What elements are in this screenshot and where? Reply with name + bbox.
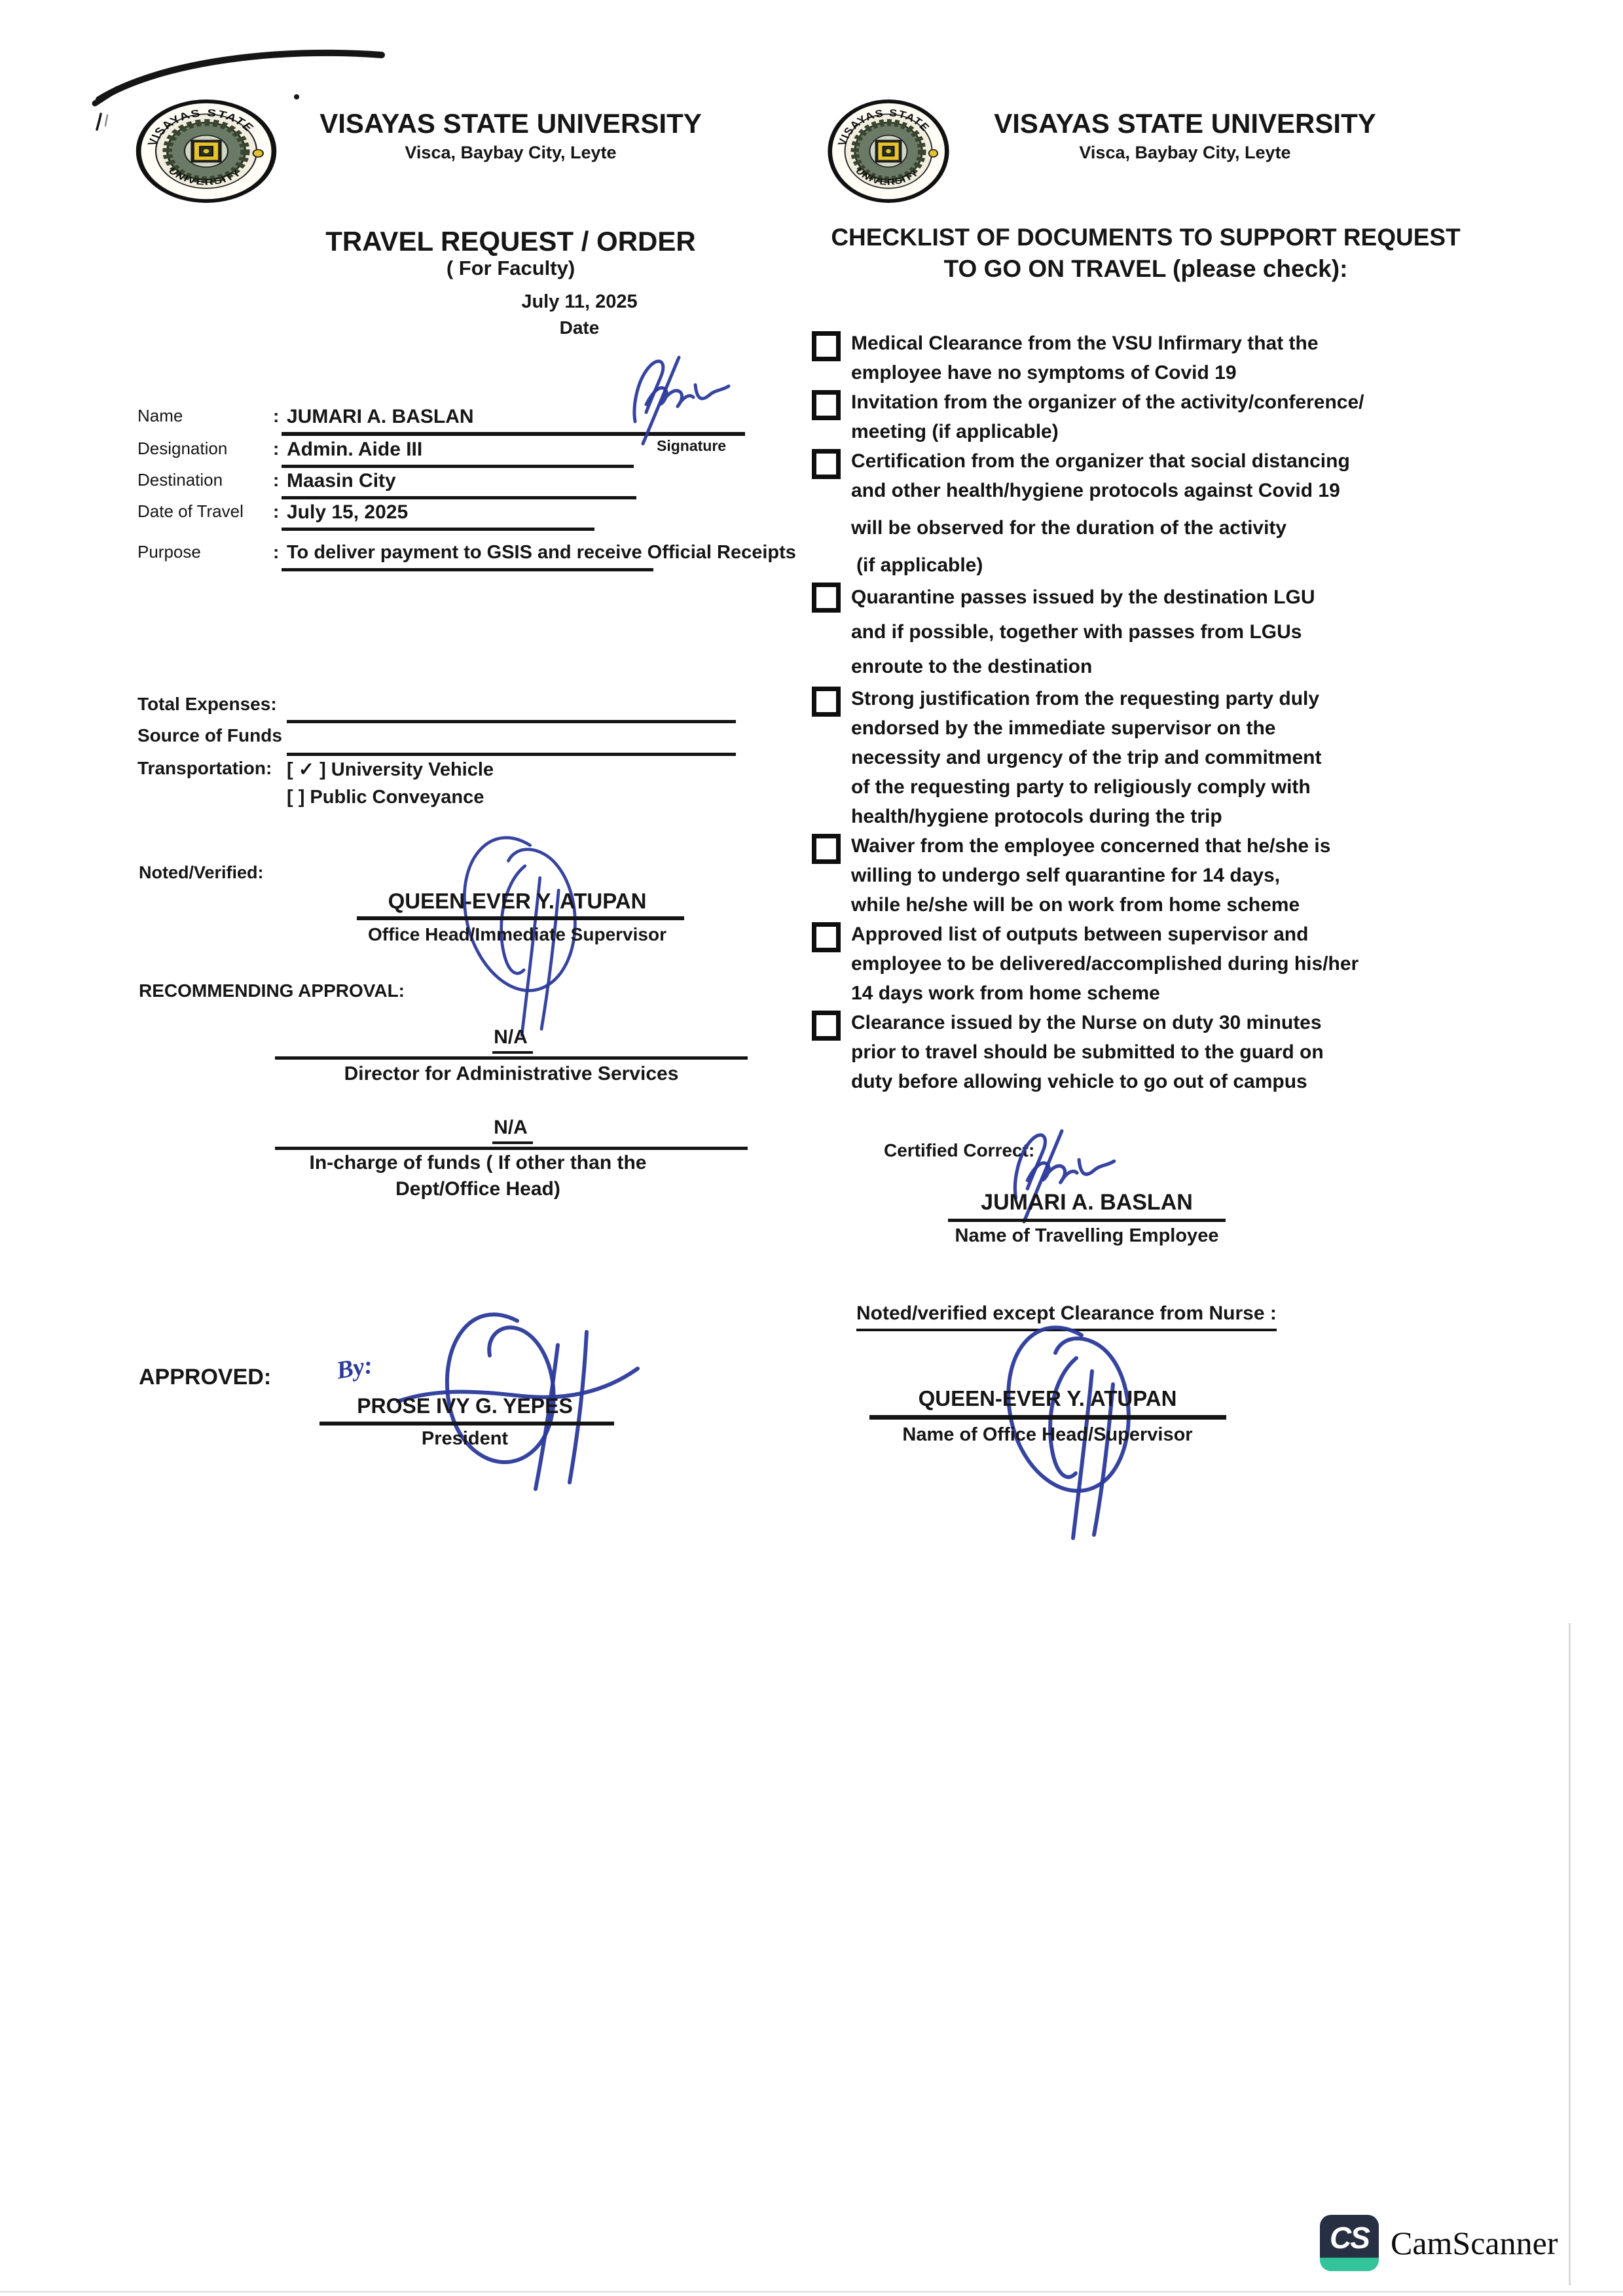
checklist-line: health/hygiene protocols during the trip — [851, 802, 1546, 831]
checkbox-icon — [812, 390, 841, 420]
transport-option-university-vehicle: [ ✓ ] University Vehicle — [287, 758, 494, 781]
checklist-line: willing to undergo self quarantine for 1… — [851, 861, 1546, 890]
checklist-line: prior to travel should be submitted to t… — [851, 1037, 1546, 1067]
date-value: July 11, 2025 — [498, 291, 661, 313]
checklist-item-3: Certification from the organizer that so… — [813, 446, 1546, 580]
checklist-line: Waiver from the employee concerned that … — [851, 831, 1546, 861]
scan-edge-artifact — [1569, 1623, 1571, 2286]
checklist-line: Approved list of outputs between supervi… — [851, 920, 1546, 949]
checklist-line: while he/she will be on work from home s… — [851, 890, 1546, 920]
field-value-purpose: To deliver payment to GSIS and receive O… — [287, 542, 796, 564]
checklist: Medical Clearance from the VSU Infirmary… — [813, 329, 1546, 1096]
expense-line — [287, 720, 736, 723]
checklist-item-5: Strong justification from the requesting… — [813, 684, 1546, 831]
field-label-name: Name — [137, 406, 183, 426]
checklist-line: Strong justification from the requesting… — [851, 684, 1546, 713]
pen-tick-mark — [93, 110, 113, 136]
checkbox-icon — [812, 834, 841, 864]
na-value-1: N/A — [275, 1026, 746, 1049]
checkbox-icon — [812, 687, 841, 717]
total-expenses-label: Total Expenses: — [137, 694, 277, 715]
office-head-name-underline — [869, 1415, 1226, 1420]
na-underline-1 — [492, 1051, 533, 1054]
field-value-date-of-travel: July 15, 2025 — [287, 501, 408, 524]
employee-signature-top — [615, 348, 746, 446]
employee-name-underline — [948, 1219, 1226, 1222]
address-left: Visca, Baybay City, Leyte — [308, 143, 714, 163]
checklist-item-6: Waiver from the employee concerned that … — [813, 831, 1546, 920]
checklist-line: meeting (if applicable) — [851, 417, 1546, 446]
checklist-line: Certification from the organizer that so… — [851, 446, 1546, 476]
office-head-title: Name of Office Head/Supervisor — [871, 1424, 1224, 1446]
checklist-line: enroute to the destination — [851, 649, 1546, 684]
field-colon: : — [273, 470, 279, 491]
recommending-line-2 — [275, 1147, 748, 1150]
president-name-underline — [319, 1422, 614, 1426]
field-label-date-of-travel: Date of Travel — [137, 501, 244, 522]
recommending-line-1 — [275, 1056, 748, 1060]
field-colon: : — [273, 501, 279, 522]
signature-label: Signature — [657, 437, 726, 455]
checklist-line: necessity and urgency of the trip and co… — [851, 743, 1546, 772]
field-value-name: JUMARI A. BASLAN — [287, 406, 474, 428]
director-title: Director for Administrative Services — [275, 1063, 748, 1085]
checklist-line: of the requesting party to religiously c… — [851, 772, 1546, 802]
funds-line — [287, 753, 736, 756]
field-colon: : — [273, 406, 279, 427]
checkbox-icon — [812, 583, 841, 613]
field-row-name: Name : JUMARI A. BASLAN — [137, 406, 858, 435]
employee-title: Name of Travelling Employee — [933, 1225, 1241, 1247]
supervisor-title: Office Head/Immediate Supervisor — [340, 924, 694, 945]
camscanner-cs-text: CS — [1330, 2220, 1369, 2255]
address-right: Visca, Baybay City, Leyte — [962, 143, 1408, 163]
president-title: President — [321, 1428, 609, 1450]
form-subtitle: ( For Faculty) — [288, 257, 733, 280]
employee-name: JUMARI A. BASLAN — [943, 1190, 1231, 1215]
recommending-approval-label: RECOMMENDING APPROVAL: — [139, 980, 405, 1001]
checklist-item-4: Quarantine passes issued by the destinat… — [813, 580, 1546, 684]
president-signature — [360, 1288, 642, 1498]
underline — [282, 528, 594, 531]
checklist-line: Quarantine passes issued by the destinat… — [851, 580, 1546, 615]
source-of-funds-label: Source of Funds — [137, 725, 282, 746]
transportation-label: Transportation: — [137, 758, 272, 779]
field-colon: : — [273, 542, 279, 563]
noted-verified-label: Noted/Verified: — [139, 863, 264, 883]
underline — [282, 496, 636, 499]
vsu-seal-right: VISAYAS STATE UNIVERSITY — [826, 98, 951, 204]
na-value-2: N/A — [275, 1117, 746, 1139]
university-name-right: VISAYAS STATE UNIVERSITY — [962, 108, 1408, 139]
transport-option-public-conveyance: [ ] Public Conveyance — [287, 787, 484, 808]
vsu-seal-left: VISAYAS STATE UNIVERSITY — [134, 98, 278, 204]
checklist-item-2: Invitation from the organizer of the act… — [813, 387, 1546, 446]
checklist-item-1: Medical Clearance from the VSU Infirmary… — [813, 329, 1546, 387]
office-head-name: QUEEN-EVER Y. ATUPAN — [871, 1386, 1224, 1411]
date-label: Date — [498, 317, 661, 338]
field-row-destination: Destination : Maasin City — [137, 470, 858, 499]
field-colon: : — [273, 439, 279, 459]
field-value-destination: Maasin City — [287, 470, 396, 492]
checkbox-icon — [812, 922, 841, 952]
scan-bottom-edge — [0, 2291, 1623, 2293]
supervisor-name-underline — [357, 916, 684, 920]
checklist-line: (if applicable) — [851, 550, 1546, 580]
checklist-line: employee have no symptoms of Covid 19 — [851, 358, 1546, 387]
field-value-designation: Admin. Aide III — [287, 439, 422, 461]
checklist-item-8: Clearance issued by the Nurse on duty 30… — [813, 1008, 1546, 1096]
checklist-line: Medical Clearance from the VSU Infirmary… — [851, 329, 1546, 358]
field-row-date-of-travel: Date of Travel : July 15, 2025 — [137, 501, 858, 530]
office-head-signature — [964, 1306, 1160, 1541]
checkbox-icon — [812, 331, 841, 361]
incharge-title-line2: Dept/Office Head) — [262, 1178, 694, 1200]
field-label-designation: Designation — [137, 439, 227, 459]
supervisor-name: QUEEN-EVER Y. ATUPAN — [340, 889, 694, 914]
checklist-line: and other health/hygiene protocols again… — [851, 476, 1546, 505]
checklist-line: employee to be delivered/accomplished du… — [851, 949, 1546, 978]
approved-label: APPROVED: — [139, 1365, 271, 1390]
na-underline-2 — [492, 1141, 533, 1144]
form-title: TRAVEL REQUEST / ORDER — [288, 226, 733, 257]
field-label-destination: Destination — [137, 470, 223, 490]
checklist-line: will be observed for the duration of the… — [851, 513, 1546, 543]
camscanner-badge: CS — [1320, 2215, 1379, 2271]
checklist-title-line2: TO GO ON TRAVEL (please check): — [815, 255, 1476, 283]
checklist-line: Clearance issued by the Nurse on duty 30… — [851, 1008, 1546, 1037]
checklist-line: endorsed by the immediate supervisor on … — [851, 713, 1546, 743]
checklist-title-line1: CHECKLIST OF DOCUMENTS TO SUPPORT REQUES… — [815, 224, 1476, 251]
president-name: PROSE IVY G. YEPES — [321, 1394, 609, 1418]
underline — [282, 465, 634, 468]
university-name-left: VISAYAS STATE UNIVERSITY — [308, 108, 714, 139]
checklist-item-7: Approved list of outputs between supervi… — [813, 920, 1546, 1008]
checklist-line: duty before allowing vehicle to go out o… — [851, 1067, 1546, 1096]
checkbox-icon — [812, 449, 841, 479]
underline — [282, 568, 653, 571]
incharge-title-line1: In-charge of funds ( If other than the — [262, 1152, 694, 1174]
field-row-designation: Designation : Admin. Aide III — [137, 439, 858, 467]
checklist-line: 14 days work from home scheme — [851, 978, 1546, 1008]
checkbox-icon — [812, 1011, 841, 1041]
field-label-purpose: Purpose — [137, 542, 201, 562]
checklist-line: Invitation from the organizer of the act… — [851, 387, 1546, 417]
camscanner-wordmark: CamScanner — [1391, 2224, 1558, 2262]
checklist-line: and if possible, together with passes fr… — [851, 615, 1546, 649]
